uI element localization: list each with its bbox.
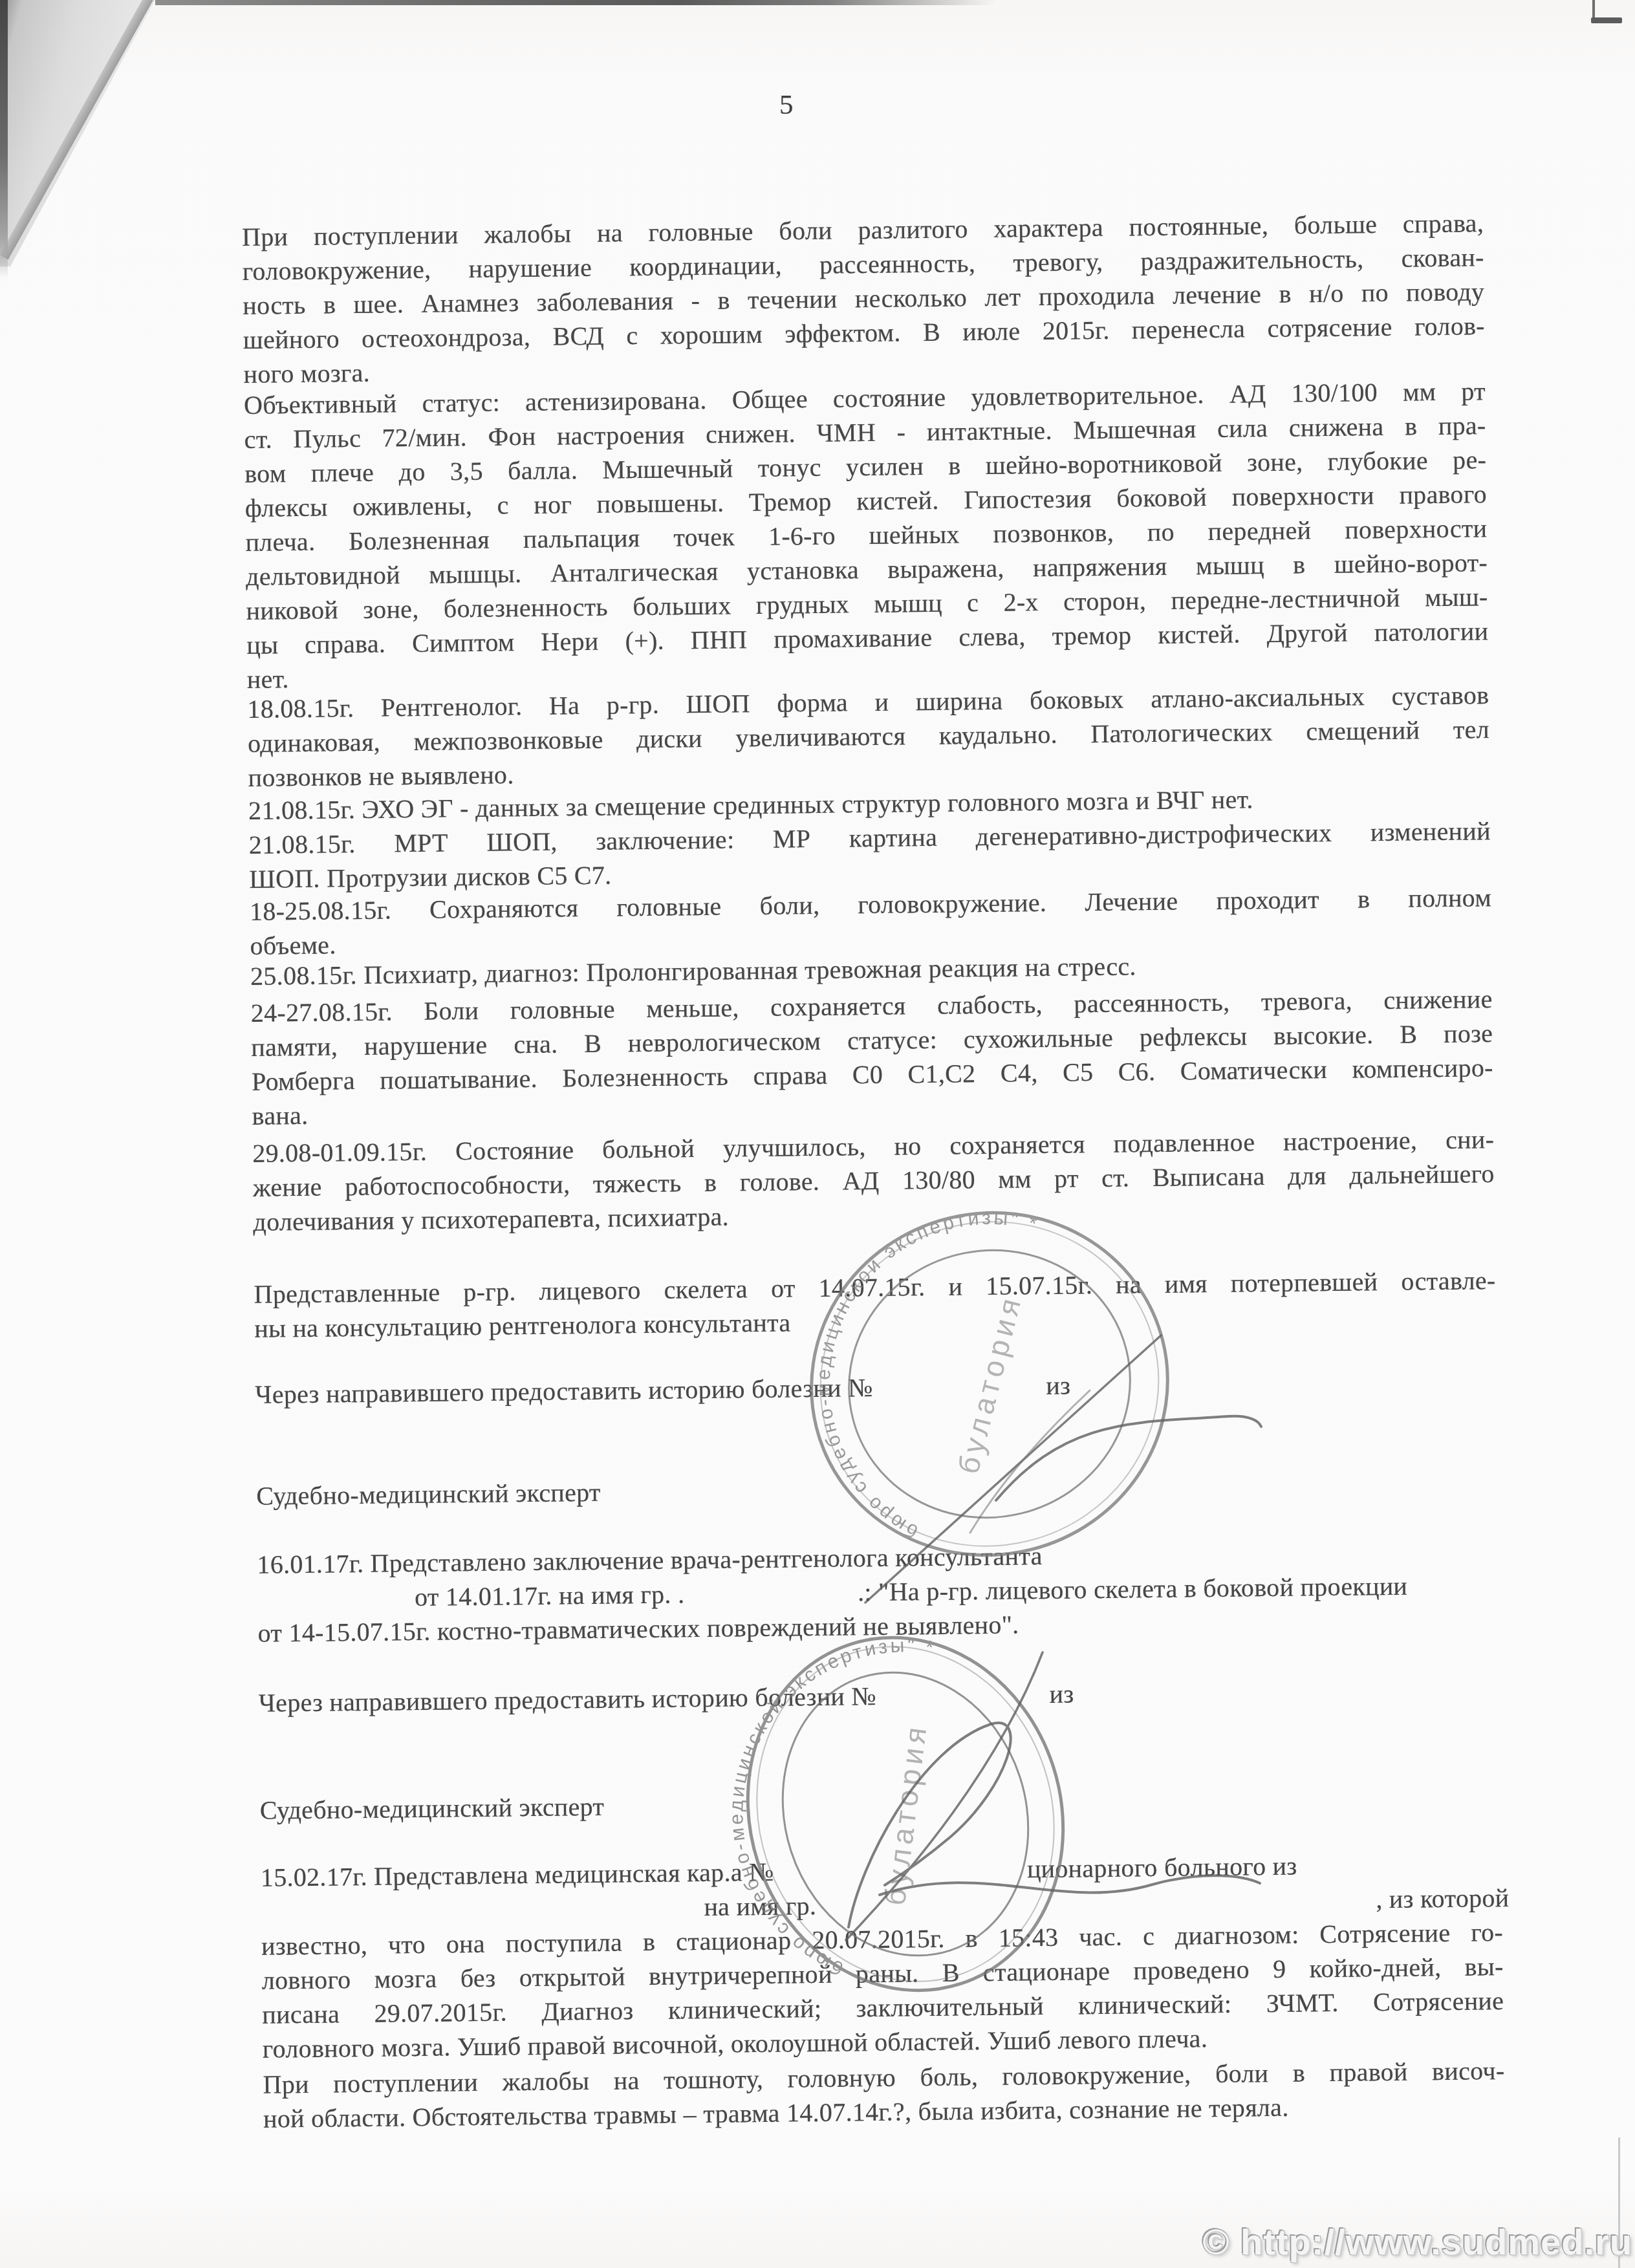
round-stamp-lower: бюро судебно-медицинской экспертизы" * б…	[686, 1626, 1125, 2027]
text-paragraph: 18.08.15г. Рентгенолог. На р-гр. ШОП фор…	[247, 678, 1490, 795]
stamp-inner-text: булатория	[951, 1291, 1028, 1477]
scan-left-edge-shadow	[0, 0, 8, 278]
scanned-document-page: 5 При поступлении жалобы на головные бол…	[0, 0, 1635, 2268]
stamp-inner-text: булатория	[878, 1721, 933, 1907]
text-paragraph: При поступлении жалобы на головные боли …	[242, 206, 1486, 391]
text-paragraph: 24-27.08.15г. Боли головные меньше, сохр…	[250, 982, 1493, 1133]
watermark: © http://www.sudmed.ru	[1202, 2221, 1632, 2263]
scan-corner-mark	[1591, 17, 1622, 23]
stamp-ring-text: бюро судебно-медицинской экспертизы" *	[776, 1191, 1110, 1557]
text-paragraph: Объективный статус: астенизирована. Обще…	[244, 374, 1489, 697]
text-paragraph: При поступлении жалобы на тошноту, голов…	[263, 2053, 1505, 2136]
stamp-ring-text: бюро судебно-медицинской экспертизы" *	[686, 1626, 1028, 1999]
round-stamp-upper: бюро судебно-медицинской экспертизы" * б…	[776, 1190, 1203, 1591]
